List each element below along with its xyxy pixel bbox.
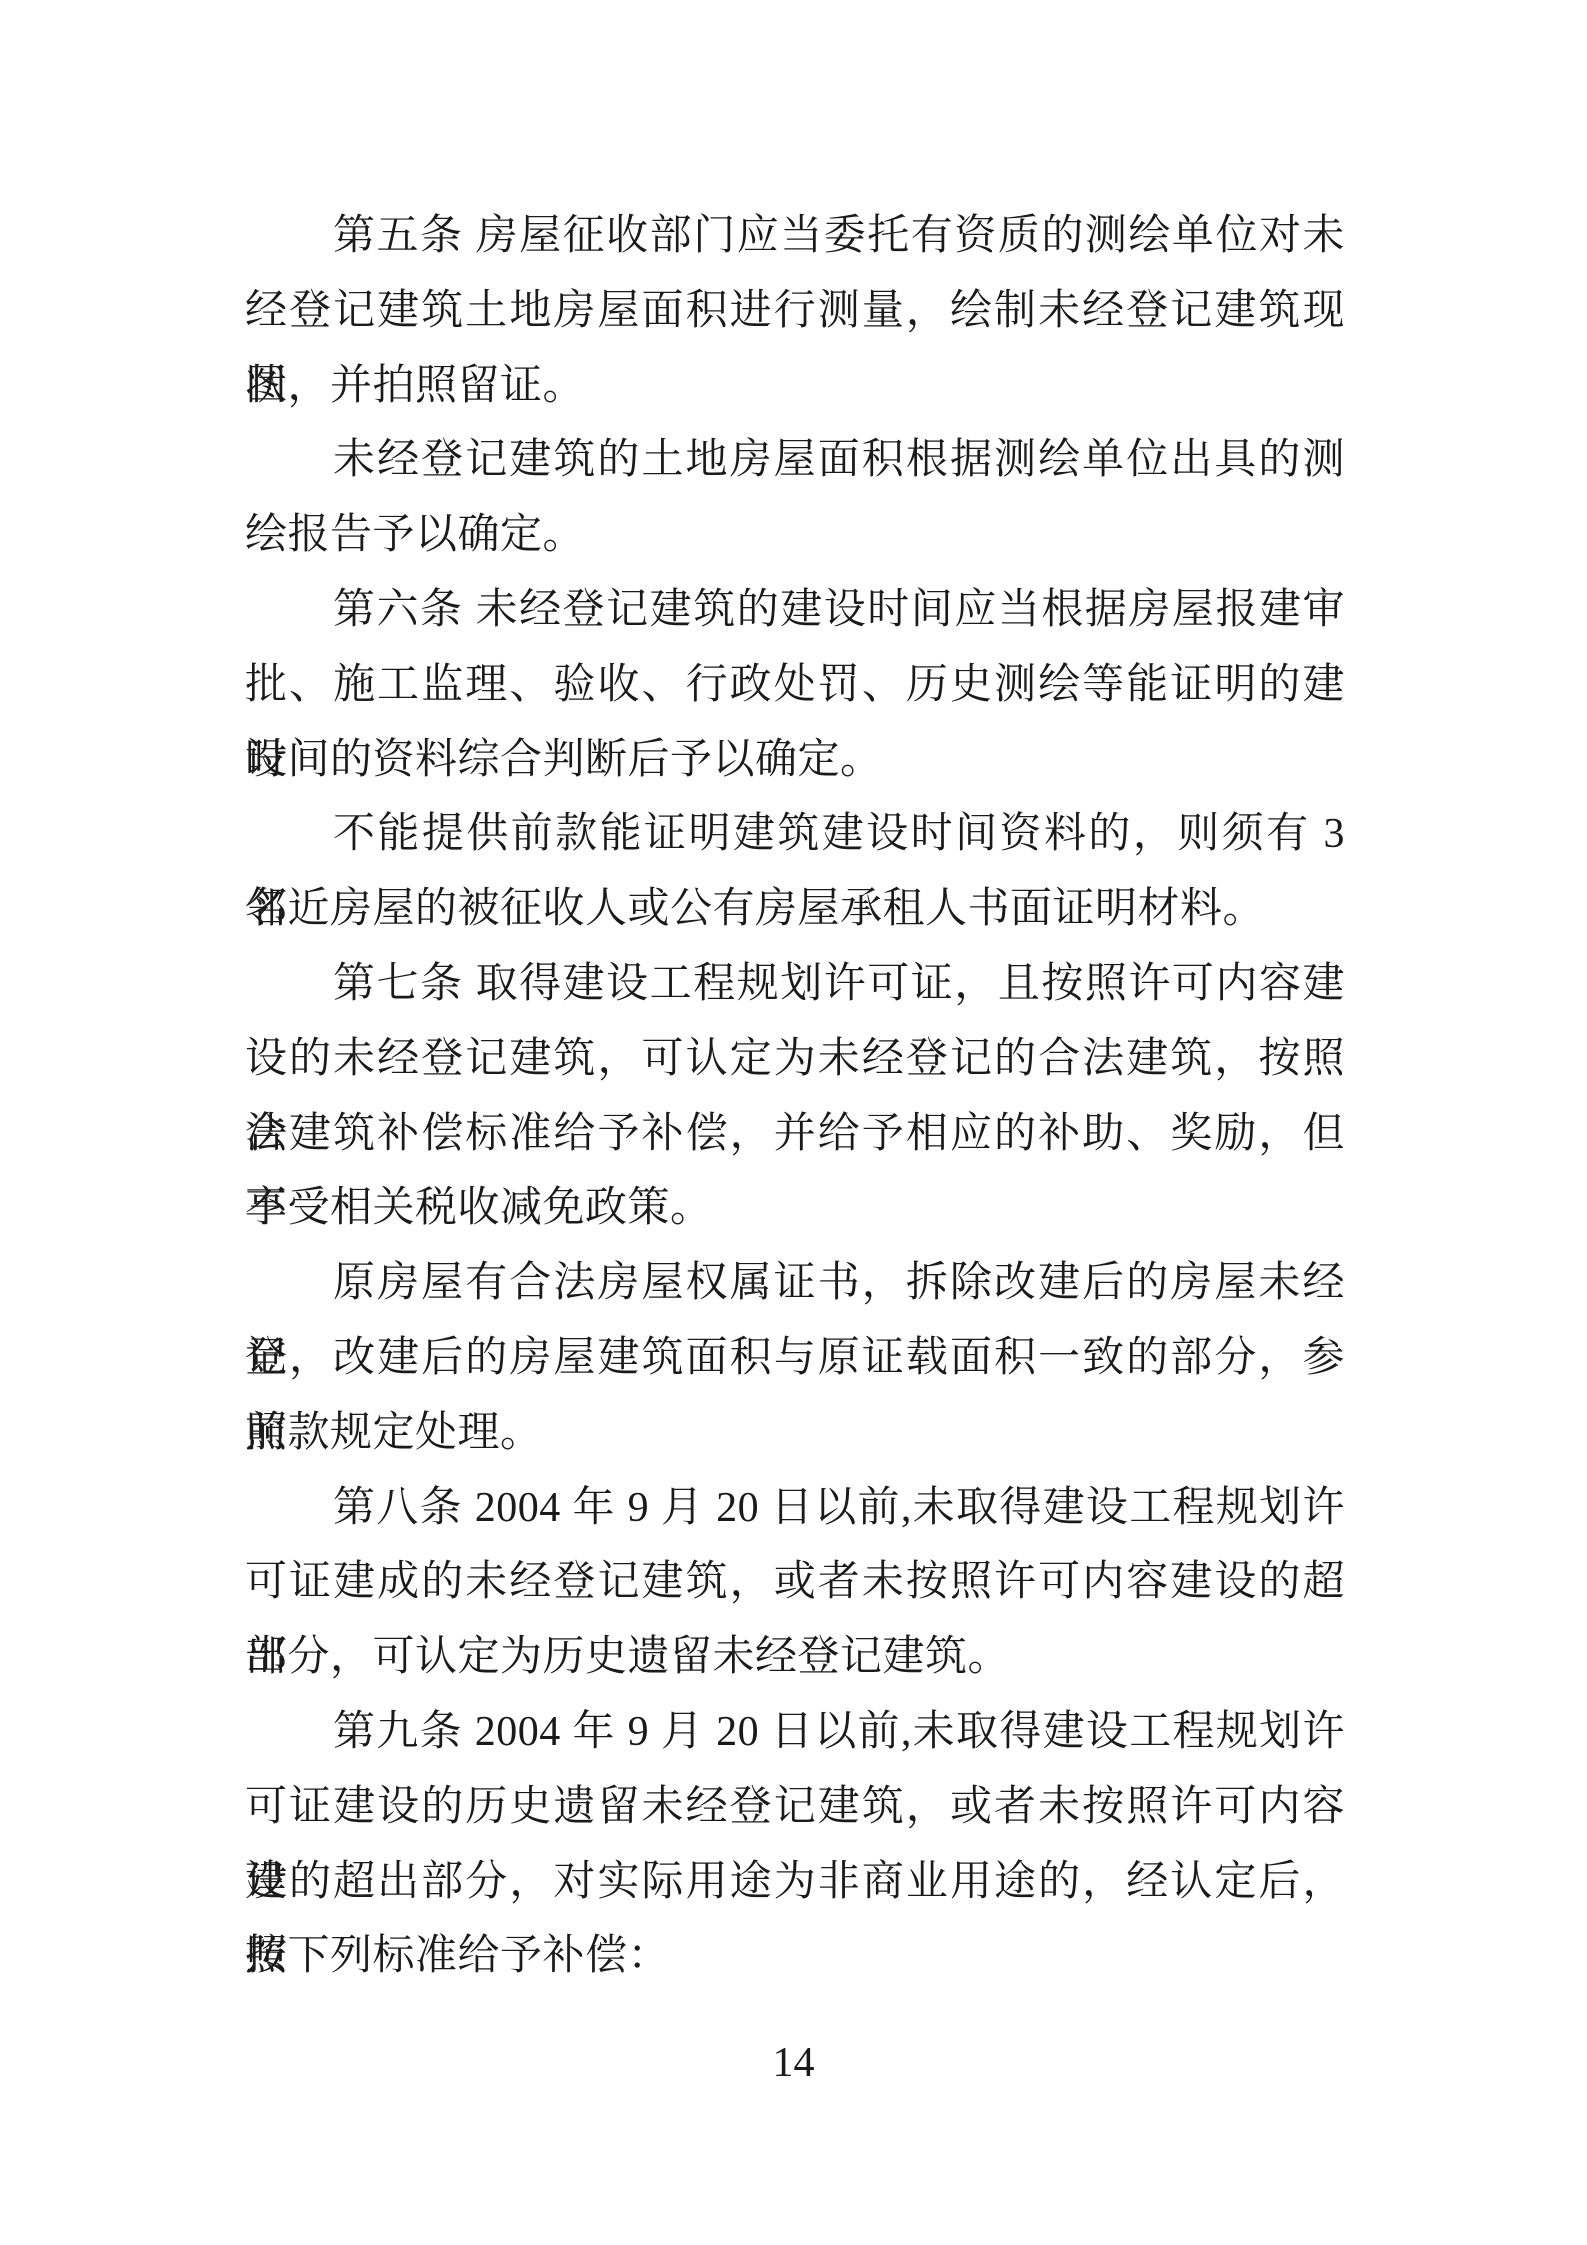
text-line: 可证建成的未经登记建筑，或者未按照许可内容建设的超出 (245, 1545, 1345, 1620)
text-line: 法建筑补偿标准给予补偿，并给予相应的补助、奖励，但不 (245, 1097, 1345, 1172)
text-line: 可证建设的历史遗留未经登记建筑，或者未按照许可内容建 (245, 1770, 1345, 1845)
text-line: 第七条 取得建设工程规划许可证，且按照许可内容建 (245, 947, 1345, 1022)
text-line: 时间的资料综合判断后予以确定。 (245, 723, 1345, 798)
text-line: 绘报告予以确定。 (245, 498, 1345, 573)
text-line: 未经登记建筑的土地房屋面积根据测绘单位出具的测 (245, 423, 1345, 498)
text-line: 第五条 房屋征收部门应当委托有资质的测绘单位对未 (245, 199, 1345, 274)
page-number: 14 (0, 2026, 1587, 2101)
text-line: 部分，可认定为历史遗留未经登记建筑。 (245, 1620, 1345, 1695)
document-page: 第五条 房屋征收部门应当委托有资质的测绘单位对未 经登记建筑土地房屋面积进行测量… (0, 0, 1587, 2245)
text-line: 第六条 未经登记建筑的建设时间应当根据房屋报建审 (245, 573, 1345, 648)
text-line: 邻近房屋的被征收人或公有房屋承租人书面证明材料。 (245, 872, 1345, 947)
text-line: 享受相关税收减免政策。 (245, 1171, 1345, 1246)
text-line: 图，并拍照留证。 (245, 349, 1345, 424)
text-line: 第九条 2004 年 9 月 20 日以前,未取得建设工程规划许 (245, 1695, 1345, 1770)
text-line: 不能提供前款能证明建筑建设时间资料的，则须有 3 名 (245, 797, 1345, 872)
text-line: 设的超出部分，对实际用途为非商业用途的，经认定后，按 (245, 1845, 1345, 1920)
text-line: 第八条 2004 年 9 月 20 日以前,未取得建设工程规划许 (245, 1471, 1345, 1546)
text-line: 经登记建筑土地房屋面积进行测量，绘制未经登记建筑现状 (245, 274, 1345, 349)
text-line: 设的未经登记建筑，可认定为未经登记的合法建筑，按照合 (245, 1022, 1345, 1097)
text-line: 记，改建后的房屋建筑面积与原证载面积一致的部分，参照 (245, 1321, 1345, 1396)
text-line: 批、施工监理、验收、行政处罚、历史测绘等能证明的建设 (245, 648, 1345, 723)
text-line: 照下列标准给予补偿： (245, 1919, 1345, 1994)
text-line: 原房屋有合法房屋权属证书，拆除改建后的房屋未经登 (245, 1246, 1345, 1321)
document-body: 第五条 房屋征收部门应当委托有资质的测绘单位对未 经登记建筑土地房屋面积进行测量… (245, 199, 1345, 1994)
text-line: 前款规定处理。 (245, 1396, 1345, 1471)
